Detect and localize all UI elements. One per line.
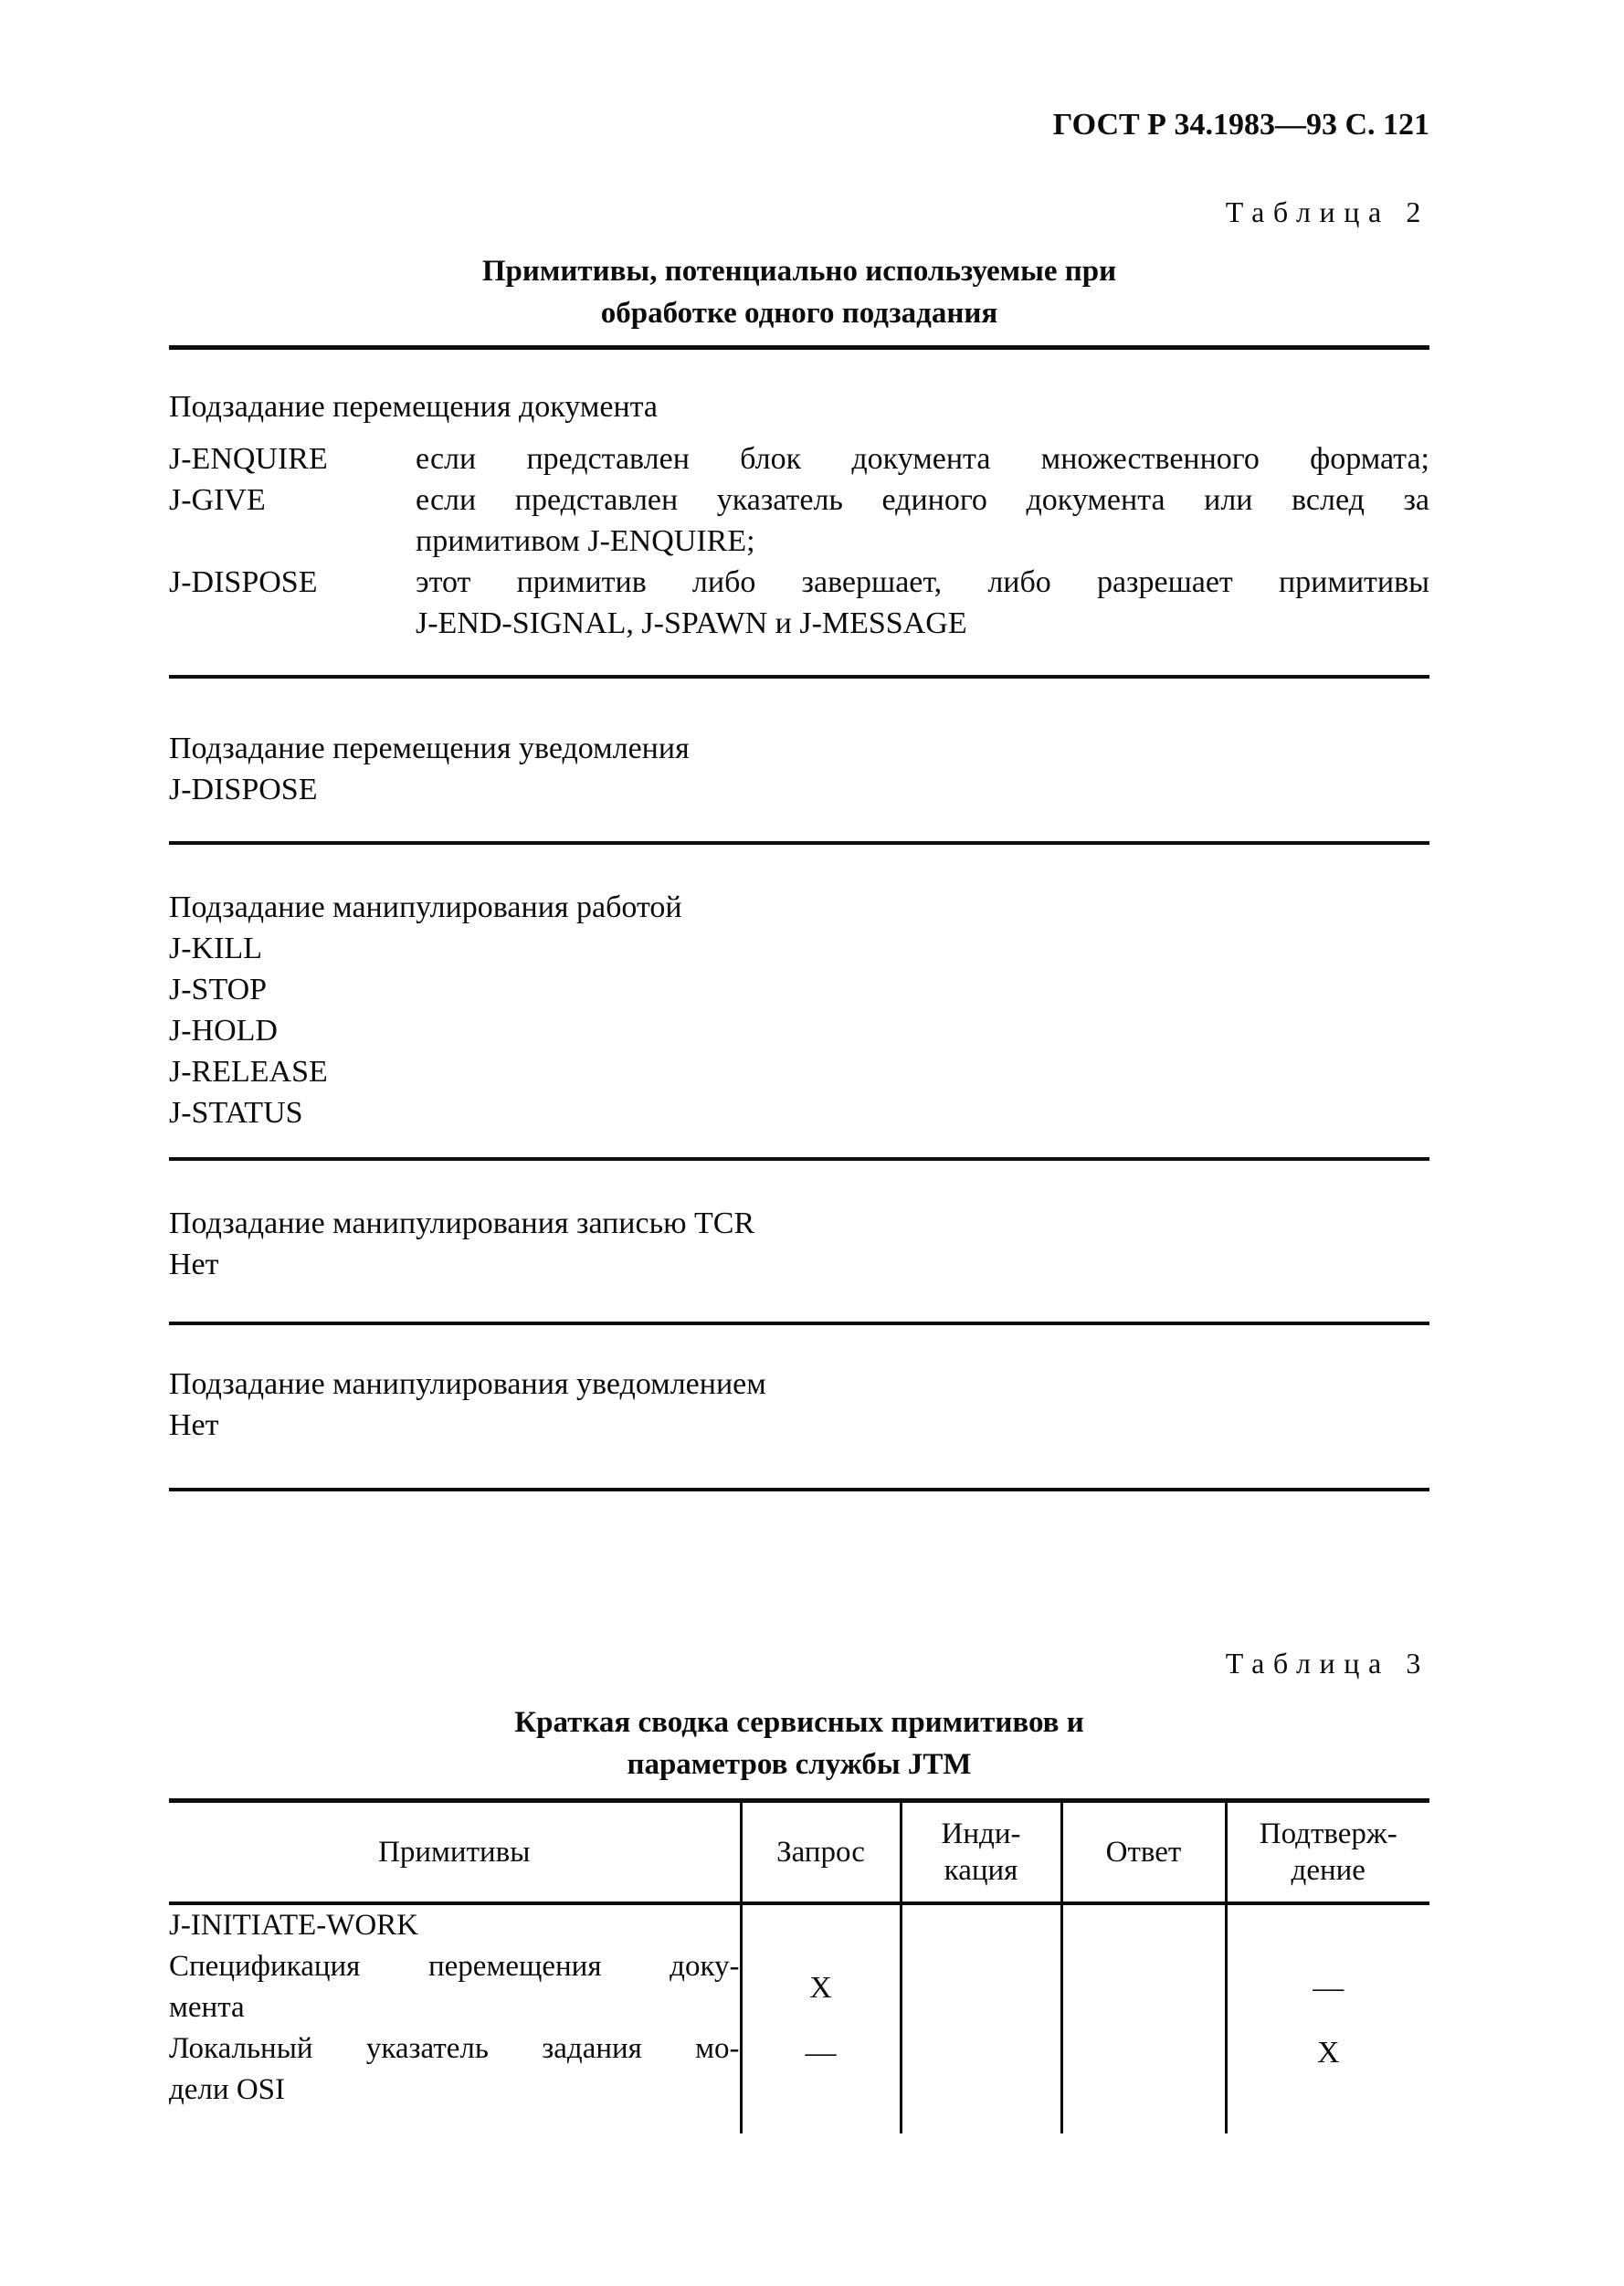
section-heading: Подзадание перемещения уведомления (169, 728, 1429, 769)
mark-stack: X — (743, 1905, 900, 2073)
table2-label: Таблица 2 (169, 194, 1429, 230)
column-header-indication: Инди- кация (901, 1801, 1061, 1904)
mark-stack: — X (1228, 1905, 1430, 2073)
primitive-cell: J-INITIATE-WORK Спецификация перемещения… (169, 1903, 741, 2133)
primitive-list: Нет (169, 1244, 1429, 1285)
page-header: ГОСТ Р 34.1983—93 С. 121 (169, 108, 1429, 142)
column-header-primitives: Примитивы (169, 1801, 741, 1904)
primitive-term: J-ENQUIRE (169, 438, 416, 479)
description-line: этот примитив либо завершает, либо разре… (416, 562, 1429, 603)
primitive-list: J-KILL J-STOP J-HOLD J-RELEASE J-STATUS (169, 928, 1429, 1133)
parameter-line: мента (169, 1987, 740, 2028)
primitive-item: J-STATUS (169, 1092, 1429, 1133)
request-cell: X — (741, 1903, 901, 2133)
primitive-item: Нет (169, 1244, 1429, 1285)
primitive-item: J-HOLD (169, 1010, 1429, 1051)
primitive-item: Нет (169, 1405, 1429, 1446)
rule-table2-bottom (169, 1488, 1429, 1491)
document-page: ГОСТ Р 34.1983—93 С. 121 Таблица 2 Прими… (0, 0, 1624, 2286)
primitive-item: J-KILL (169, 928, 1429, 969)
section-document-transfer: Подзадание перемещения документа J-ENQUI… (169, 386, 1429, 644)
description-line: примитивом J-ENQUIRE; (416, 521, 1429, 562)
primitive-description: если представлен блок документа множеств… (416, 438, 1429, 479)
primitive-term: J-GIVE (169, 479, 416, 562)
section-work-manipulation: Подзадание манипулирования работой J-KIL… (169, 887, 1429, 1133)
primitive-description: если представлен указатель единого докум… (416, 479, 1429, 562)
request-mark: — (806, 2032, 837, 2073)
column-header-request: Запрос (741, 1801, 901, 1904)
indication-cell (901, 1903, 1061, 2133)
section-heading: Подзадание манипулирования работой (169, 887, 1429, 928)
column-header-response: Ответ (1061, 1801, 1226, 1904)
column-header-confirmation: Подтверж- дение (1226, 1801, 1429, 1904)
page-content: ГОСТ Р 34.1983—93 С. 121 Таблица 2 Прими… (0, 0, 1624, 2133)
mark-stack (1063, 1905, 1225, 2073)
rule-divider (169, 841, 1429, 845)
primitive-name: J-INITIATE-WORK (169, 1905, 740, 1946)
section-report-transfer: Подзадание перемещения уведомления J-DIS… (169, 728, 1429, 810)
primitive-item: J-RELEASE (169, 1051, 1429, 1092)
primitive-list: J-DISPOSE (169, 769, 1429, 810)
section-heading: Подзадание манипулирования записью TCR (169, 1203, 1429, 1244)
primitive-list: Нет (169, 1405, 1429, 1446)
service-primitives-table: Примитивы Запрос Инди- кация Ответ Подтв… (169, 1798, 1429, 2133)
response-cell (1061, 1903, 1226, 2133)
confirmation-mark: — (1313, 1967, 1344, 2008)
section-heading: Подзадание перемещения документа (169, 386, 1429, 427)
section-heading: Подзадание манипулирования уведомлением (169, 1364, 1429, 1405)
primitive-item: J-DISPOSE (169, 769, 1429, 810)
section-tcr-manipulation: Подзадание манипулирования записью TCR Н… (169, 1203, 1429, 1285)
definition-list: J-ENQUIRE если представлен блок документ… (169, 438, 1429, 644)
definition-row: J-ENQUIRE если представлен блок документ… (169, 438, 1429, 479)
rule-divider (169, 675, 1429, 679)
primitive-item: J-STOP (169, 969, 1429, 1010)
section-notification-manipulation: Подзадание манипулирования уведомлением … (169, 1364, 1429, 1446)
mark-stack (902, 1905, 1060, 2073)
rule-table2-top (169, 345, 1429, 350)
definition-row: J-DISPOSE этот примитив либо завершает, … (169, 562, 1429, 644)
table3-title: Краткая сводка сервисных примитивов и па… (169, 1701, 1429, 1786)
confirmation-mark: X (1317, 2032, 1340, 2073)
table3-label: Таблица 3 (169, 1645, 1429, 1681)
confirmation-cell: — X (1226, 1903, 1429, 2133)
rule-divider (169, 1157, 1429, 1161)
parameter-line: дели OSI (169, 2070, 740, 2111)
description-line: если представлен блок документа множеств… (416, 438, 1429, 479)
table2-title: Примитивы, потенциально используемые при… (169, 250, 1429, 334)
parameter-line: Локальный указатель задания мо- (169, 2028, 740, 2070)
description-line: J-END-SIGNAL, J-SPAWN и J-MESSAGE (416, 603, 1429, 644)
primitive-term: J-DISPOSE (169, 562, 416, 644)
parameter-line: Спецификация перемещения доку- (169, 1946, 740, 1987)
rule-divider (169, 1322, 1429, 1325)
definition-row: J-GIVE если представлен указатель единог… (169, 479, 1429, 562)
request-mark: X (809, 1967, 832, 2008)
table-row: J-INITIATE-WORK Спецификация перемещения… (169, 1903, 1429, 2133)
primitive-description: этот примитив либо завершает, либо разре… (416, 562, 1429, 644)
table-header-row: Примитивы Запрос Инди- кация Ответ Подтв… (169, 1801, 1429, 1904)
description-line: если представлен указатель единого докум… (416, 479, 1429, 521)
